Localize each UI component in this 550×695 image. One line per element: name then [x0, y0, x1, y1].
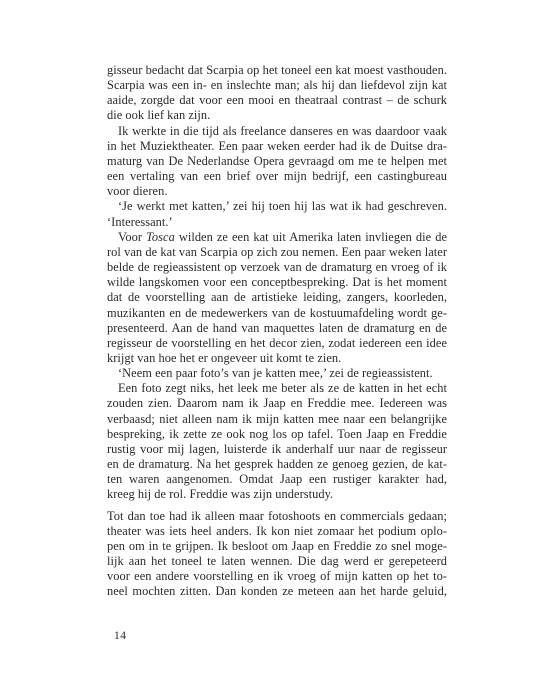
text-line: een vertaling van een brief over mijn be…	[107, 169, 447, 184]
text-line: maturg van De Nederlandse Opera gevraagd…	[107, 154, 447, 169]
text-line: dat de voorstelling aan de artistieke le…	[107, 290, 447, 305]
text-line: verbaasd; niet alleen nam ik mijn katten…	[107, 412, 447, 427]
italic-title: Tosca	[146, 230, 175, 244]
text-line: bespreking, ik zette ze ook nog los op t…	[107, 427, 447, 442]
text-line: belde de regieassistent op verzoek van d…	[107, 260, 447, 275]
text-line: rustig voor mij lagen, luisterde ik ande…	[107, 442, 447, 457]
text-line: ‘Interessant.’	[107, 215, 447, 230]
text-line: neel mochten zitten. Dan konden ze metee…	[107, 584, 447, 599]
text-line: muzikanten en de medewerkers van de kost…	[107, 306, 447, 321]
text-line: zouden zien. Daarom nam ik Jaap en Fredd…	[107, 396, 447, 411]
text-line: theater was iets heel anders. Ik kon nie…	[107, 524, 447, 539]
text-line: rol van de kat van Scarpia op zich zou n…	[107, 245, 447, 260]
text-line: Een foto zegt niks, het leek me beter al…	[107, 381, 447, 396]
text-line: regisseur de voorstelling en het decor z…	[107, 336, 447, 351]
text-line: Scarpia was een in- en inslechte man; al…	[107, 78, 447, 93]
text-line: Ik werkte in die tijd als freelance dans…	[107, 124, 447, 139]
text-line: ten waren aangenomen. Omdat Jaap een rus…	[107, 472, 447, 487]
text-line: lijk aan het toneel te laten wennen. Die…	[107, 554, 447, 569]
text-line: Voor Tosca wilden ze een kat uit Amerika…	[107, 230, 447, 245]
text-line: voor dieren.	[107, 184, 447, 199]
text-segment: Voor	[118, 230, 146, 244]
text-line: aaide, zorgde dat voor een mooi en theat…	[107, 93, 447, 108]
text-line: in het Muziektheater. Een paar weken eer…	[107, 139, 447, 154]
book-page: gisseur bedacht dat Scarpia op het tonee…	[0, 0, 550, 695]
body-text: gisseur bedacht dat Scarpia op het tonee…	[107, 63, 447, 599]
text-line: Tot dan toe had ik alleen maar fotoshoot…	[107, 509, 447, 524]
text-line: ‘Neem een paar foto’s van je katten mee,…	[107, 366, 447, 381]
text-line: krijgt van hoe het er ongeveer uit komt …	[107, 351, 447, 366]
page-number: 14	[114, 630, 127, 642]
text-line: presenteerd. Aan de hand van maquettes l…	[107, 321, 447, 336]
text-line: gisseur bedacht dat Scarpia op het tonee…	[107, 63, 447, 78]
text-line: voor een andere voorstelling en ik vroeg…	[107, 569, 447, 584]
text-segment: wilden ze een kat uit Amerika laten invl…	[175, 230, 447, 244]
text-line: ‘Je werkt met katten,’ zei hij toen hij …	[107, 199, 447, 214]
text-line: kreeg hij de rol. Freddie was zijn under…	[107, 487, 447, 502]
text-line: wilde langskomen voor een conceptbesprek…	[107, 275, 447, 290]
text-line: pen om in te grijpen. Ik besloot om Jaap…	[107, 539, 447, 554]
text-line: en de dramaturg. Na het gesprek hadden z…	[107, 457, 447, 472]
text-line: die ook lief kan zijn.	[107, 108, 447, 123]
